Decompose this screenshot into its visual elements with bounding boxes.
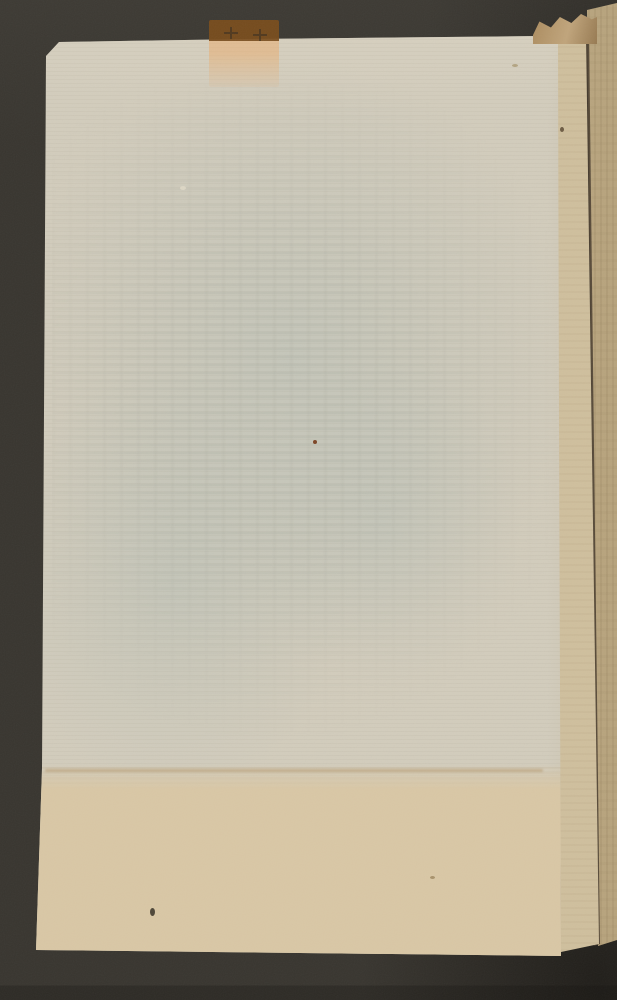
paper-speck — [430, 876, 435, 879]
paper-speck — [150, 908, 155, 916]
adhesive-label-over-backdrop — [209, 20, 279, 41]
fold-crease-line — [45, 769, 543, 772]
adhesive-label — [209, 20, 279, 87]
page-bottom-fold-band — [30, 764, 565, 964]
paper-speck — [512, 64, 518, 67]
label-cross-mark — [252, 28, 268, 42]
blank-book-page — [0, 0, 617, 1000]
text-showthrough — [52, 84, 557, 774]
paper-speck — [560, 127, 564, 132]
book-scan — [0, 0, 617, 1000]
paper-speck — [313, 440, 317, 444]
paper-speck — [180, 186, 186, 190]
label-cross-mark — [223, 26, 239, 40]
adhesive-label-over-page — [209, 41, 279, 87]
